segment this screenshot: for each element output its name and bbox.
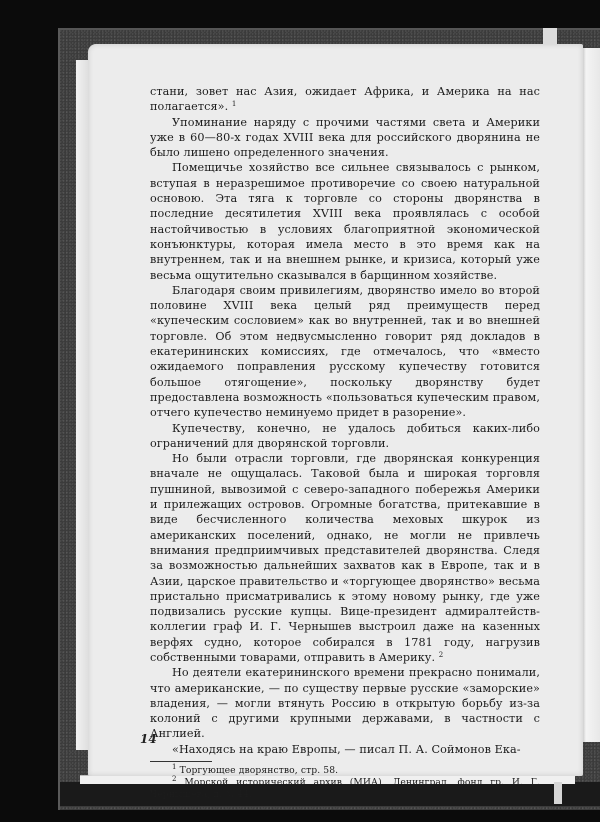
footnote-mark: 1 — [172, 763, 177, 771]
paragraph: Благодаря своим привилегиям, дворянство … — [150, 283, 540, 421]
paragraph: Купечеству, конечно, не удалось добиться… — [150, 421, 540, 452]
paragraph: «Находясь на краю Европы, — писал П. А. … — [150, 742, 540, 757]
paragraph: Помещичье хозяйство все сильнее связывал… — [150, 160, 540, 282]
footnote-ref[interactable]: 1 — [232, 100, 237, 108]
bookmark-ribbon-bottom — [554, 782, 562, 804]
paragraph: Но деятели екатерининского времени прекр… — [150, 665, 540, 741]
footnote-text: Морской исторический архив (МИА), Ленинг… — [150, 777, 540, 800]
footnote-mark: 2 — [172, 775, 177, 783]
book-scan: стани, зовет нас Азия, ожидает Африка, и… — [0, 0, 600, 822]
page-number: 14 — [140, 732, 157, 746]
paragraph-text: стани, зовет нас Азия, ожидает Африка, и… — [150, 85, 540, 113]
footnotes: 1 Торгующее дворянство, стр. 58. 2 Морск… — [150, 765, 540, 801]
footnote-divider — [150, 761, 212, 762]
paragraph: Упоминание наряду с прочими частями свет… — [150, 115, 540, 161]
footnote-text: Торгующее дворянство, стр. 58. — [180, 765, 339, 776]
paragraph: стани, зовет нас Азия, ожидает Африка, и… — [150, 84, 540, 115]
footnote-ref[interactable]: 2 — [439, 651, 444, 659]
footnote: 1 Торгующее дворянство, стр. 58. — [150, 765, 540, 777]
paragraph: Но были отрасли торговли, где дворянская… — [150, 451, 540, 665]
footnote: 2 Морской исторический архив (МИА), Лени… — [150, 777, 540, 801]
page-right-edge — [583, 48, 600, 742]
paragraph-text: Но были отрасли торговли, где дворянская… — [150, 452, 540, 664]
page-body: стани, зовет нас Азия, ожидает Африка, и… — [150, 84, 540, 801]
